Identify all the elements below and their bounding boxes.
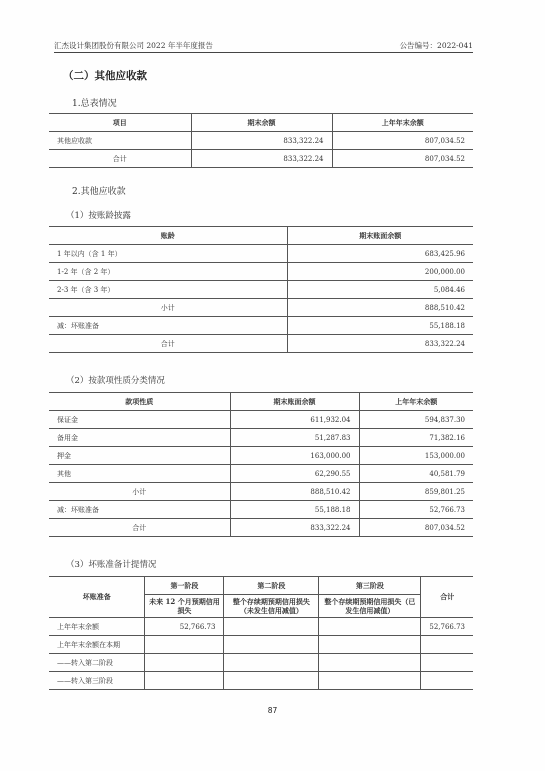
table-row: ——转入第三阶段 — [49, 672, 473, 690]
column-subheader: 未来 12 个月预期信用损失 — [145, 595, 224, 618]
cell-value: 833,322.24 — [191, 150, 332, 168]
column-header: 项目 — [49, 114, 191, 132]
cell-value — [224, 636, 319, 654]
row-label: 备用金 — [49, 429, 230, 447]
cell-value: 807,034.52 — [359, 519, 473, 537]
cell-value — [145, 672, 224, 690]
column-subheader: 整个存续期预期信用损失（已发生信用减值） — [319, 595, 421, 618]
page-number: 87 — [0, 706, 545, 715]
column-header: 款项性质 — [49, 393, 230, 411]
row-label: 1 年以内（含 1 年） — [49, 245, 287, 263]
summary-table: 项目 期末余额 上年年末余额 其他应收款 833,322.24 807,034.… — [49, 113, 473, 168]
cell-value: 5,084.46 — [287, 281, 473, 299]
nature-title: （2）按款项性质分类情况 — [66, 374, 165, 386]
row-label: 其他应收款 — [49, 132, 191, 150]
cell-value — [145, 654, 224, 672]
column-header: 合计 — [421, 577, 473, 618]
cell-value: 833,322.24 — [230, 519, 359, 537]
cell-value — [421, 654, 473, 672]
column-header: 坏账准备 — [49, 577, 145, 618]
column-header: 第三阶段 — [319, 577, 421, 595]
table-row: 上年年末余额52,766.7352,766.73 — [49, 618, 473, 636]
table-row: 其他62,290.5540,581.79 — [49, 465, 473, 483]
row-label: 小计 — [49, 299, 287, 317]
cell-value: 52,766.73 — [421, 618, 473, 636]
cell-value: 611,932.04 — [230, 411, 359, 429]
table-row: 备用金51,287.8371,382.16 — [49, 429, 473, 447]
aging-title: （1）按账龄披露 — [66, 209, 131, 221]
cell-value — [319, 654, 421, 672]
cell-value — [319, 618, 421, 636]
row-label: ——转入第二阶段 — [49, 654, 145, 672]
cell-value — [421, 672, 473, 690]
table-header-row: 账龄 期末账面余额 — [49, 227, 473, 245]
row-label: 减：坏账准备 — [49, 501, 230, 519]
aging-table: 账龄 期末账面余额 1 年以内（含 1 年）683,425.96 1-2 年（含… — [49, 226, 473, 353]
cell-value — [421, 636, 473, 654]
cell-value — [224, 654, 319, 672]
cell-value: 55,188.18 — [230, 501, 359, 519]
row-label: 合计 — [49, 519, 230, 537]
cell-value: 52,766.73 — [359, 501, 473, 519]
page-header: 汇杰设计集团股份有限公司 2022 年半年度报告 公告编号：2022-041 — [54, 40, 473, 53]
cell-value: 51,287.83 — [230, 429, 359, 447]
table-row: 小计888,510.42859,801.25 — [49, 483, 473, 501]
table-row: ——转入第二阶段 — [49, 654, 473, 672]
row-label: 合计 — [49, 150, 191, 168]
column-subheader: 整个存续期预期信用损失（未发生信用减值） — [224, 595, 319, 618]
summary-title: 1.总表情况 — [72, 96, 117, 109]
table-header-row: 项目 期末余额 上年年末余额 — [49, 114, 473, 132]
cell-value — [224, 672, 319, 690]
cell-value: 833,322.24 — [191, 132, 332, 150]
row-label: 押金 — [49, 447, 230, 465]
cell-value: 163,000.00 — [230, 447, 359, 465]
cell-value — [145, 636, 224, 654]
row-label: 上年年末余额在本期 — [49, 636, 145, 654]
table-row: 合计 833,322.24 807,034.52 — [49, 150, 473, 168]
column-header: 上年年末余额 — [359, 393, 473, 411]
row-label: 小计 — [49, 483, 230, 501]
column-header: 上年年末余额 — [332, 114, 473, 132]
table-row: 上年年末余额在本期 — [49, 636, 473, 654]
table-row: 保证金611,932.04594,837.30 — [49, 411, 473, 429]
nature-table: 款项性质 期末账面余额 上年年末余额 保证金611,932.04594,837.… — [49, 392, 473, 537]
table-row: 押金163,000.00153,000.00 — [49, 447, 473, 465]
cell-value: 55,188.18 — [287, 317, 473, 335]
cell-value: 807,034.52 — [332, 132, 473, 150]
cell-value: 833,322.24 — [287, 335, 473, 353]
row-label: 合计 — [49, 335, 287, 353]
column-header: 期末账面余额 — [230, 393, 359, 411]
row-label: 上年年末余额 — [49, 618, 145, 636]
cell-value: 40,581.79 — [359, 465, 473, 483]
cell-value — [224, 618, 319, 636]
table-row: 1 年以内（含 1 年）683,425.96 — [49, 245, 473, 263]
report-title: 汇杰设计集团股份有限公司 2022 年半年度报告 — [54, 40, 213, 51]
table-row: 小计888,510.42 — [49, 299, 473, 317]
announcement-number: 公告编号：2022-041 — [400, 40, 473, 51]
provision-title: （3）坏账准备计提情况 — [66, 558, 156, 570]
cell-value: 888,510.42 — [287, 299, 473, 317]
cell-value: 153,000.00 — [359, 447, 473, 465]
table-row: 合计833,322.24 — [49, 335, 473, 353]
cell-value: 807,034.52 — [332, 150, 473, 168]
table-row: 减：坏账准备55,188.18 — [49, 317, 473, 335]
cell-value: 859,801.25 — [359, 483, 473, 501]
row-label: 2-3 年（含 3 年） — [49, 281, 287, 299]
table-row: 合计833,322.24807,034.52 — [49, 519, 473, 537]
cell-value — [319, 636, 421, 654]
cell-value: 888,510.42 — [230, 483, 359, 501]
cell-value: 683,425.96 — [287, 245, 473, 263]
row-label: 其他 — [49, 465, 230, 483]
subsection-title: 2.其他应收款 — [72, 184, 126, 197]
cell-value: 52,766.73 — [145, 618, 224, 636]
row-label: 减：坏账准备 — [49, 317, 287, 335]
row-label: ——转入第三阶段 — [49, 672, 145, 690]
table-header-row: 坏账准备 第一阶段 第二阶段 第三阶段 合计 — [49, 577, 473, 595]
row-label: 保证金 — [49, 411, 230, 429]
column-header: 第二阶段 — [224, 577, 319, 595]
table-row: 1-2 年（含 2 年）200,000.00 — [49, 263, 473, 281]
column-header: 第一阶段 — [145, 577, 224, 595]
cell-value: 71,382.16 — [359, 429, 473, 447]
column-header: 账龄 — [49, 227, 287, 245]
cell-value: 200,000.00 — [287, 263, 473, 281]
section-title: （二）其他应收款 — [63, 68, 147, 83]
table-header-row: 款项性质 期末账面余额 上年年末余额 — [49, 393, 473, 411]
row-label: 1-2 年（含 2 年） — [49, 263, 287, 281]
table-row: 2-3 年（含 3 年）5,084.46 — [49, 281, 473, 299]
table-row: 其他应收款 833,322.24 807,034.52 — [49, 132, 473, 150]
column-header: 期末账面余额 — [287, 227, 473, 245]
cell-value: 594,837.30 — [359, 411, 473, 429]
cell-value: 62,290.55 — [230, 465, 359, 483]
table-row: 减：坏账准备55,188.1852,766.73 — [49, 501, 473, 519]
column-header: 期末余额 — [191, 114, 332, 132]
provision-table: 坏账准备 第一阶段 第二阶段 第三阶段 合计 未来 12 个月预期信用损失 整个… — [49, 576, 473, 690]
cell-value — [319, 672, 421, 690]
